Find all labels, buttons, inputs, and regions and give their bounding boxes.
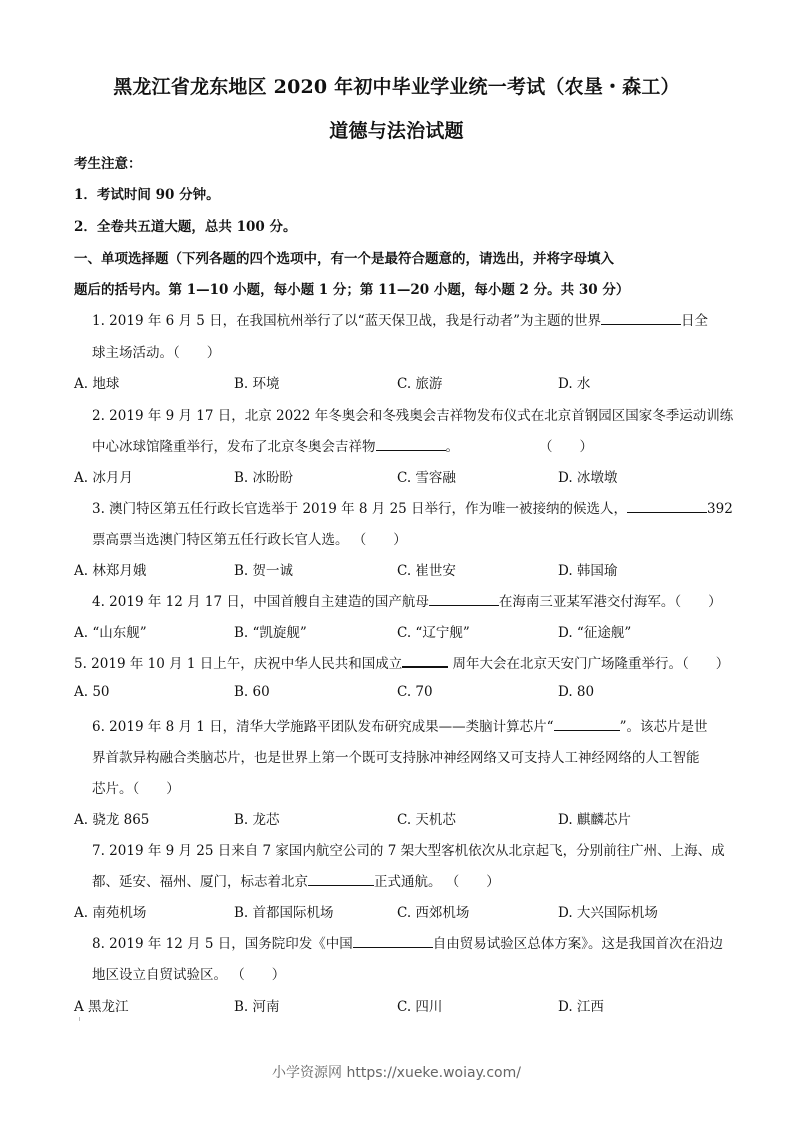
option-c: C. 四川 bbox=[397, 995, 442, 1015]
question-3-line-2: 票高票当选澳门特区第五任行政长官人选。 （ ） bbox=[92, 528, 407, 548]
option-c: C. 70 bbox=[397, 684, 433, 700]
option-b: B. 冰盼盼 bbox=[234, 466, 293, 486]
option-b: B. 60 bbox=[234, 684, 270, 700]
option-a: A 黑龙江 bbox=[74, 995, 129, 1015]
question-7-line-2: 都、延安、福州、厦门，标志着北京正式通航。 （ ） bbox=[92, 870, 500, 890]
question-4-text-a: 4. 2019 年 12 月 17 日，中国首艘自主建造的国产航母 bbox=[92, 594, 429, 610]
option-a: A. 骁龙 865 bbox=[74, 808, 149, 828]
question-6-text-a: 6. 2019 年 8 月 1 日，清华大学施路平团队发布研究成果——类脑计算芯… bbox=[92, 719, 554, 735]
question-1-line-1: 1. 2019 年 6 月 5 日，在我国杭州举行了以“蓝天保卫战，我是行动者”… bbox=[92, 309, 708, 329]
option-a: A. 50 bbox=[74, 684, 110, 700]
question-1-text-b: 日全 bbox=[681, 313, 708, 329]
answer-blank bbox=[429, 591, 499, 606]
option-b: B. 首都国际机场 bbox=[234, 901, 334, 921]
exam-title: 黑龙江省龙东地区 2020 年初中毕业学业统一考试（农垦・森工） bbox=[0, 72, 793, 99]
question-2-text-b: 。 bbox=[446, 439, 460, 455]
question-6-line-3: 芯片。（ ） bbox=[92, 777, 180, 797]
answer-blank bbox=[627, 498, 707, 513]
question-6-line-2: 界首款异构融合类脑芯片，也是世界上第一个既可支持脉冲神经网络又可支持人工神经网络… bbox=[92, 746, 700, 766]
notice-item-2: 2．全卷共五道大题，总共 100 分。 bbox=[74, 215, 296, 235]
question-3-text-b: 392 bbox=[707, 501, 733, 517]
option-c: C. 旅游 bbox=[397, 372, 442, 392]
question-6-text-b: ”。该芯片是世 bbox=[620, 719, 708, 735]
option-c: C. “辽宁舰” bbox=[397, 621, 470, 641]
question-2-line-1: 2. 2019 年 9 月 17 日，北京 2022 年冬奥会和冬残奥会吉祥物发… bbox=[92, 404, 733, 424]
option-b: B. 龙芯 bbox=[234, 808, 280, 828]
option-c: C. 西郊机场 bbox=[397, 901, 469, 921]
section-heading-line-2: 题后的括号内。第 1—10 小题，每小题 1 分；第 11—20 小题，每小题 … bbox=[74, 278, 629, 298]
answer-blank bbox=[376, 436, 446, 451]
option-a: A. 地球 bbox=[74, 372, 119, 392]
option-c: C. 天机芯 bbox=[397, 808, 456, 828]
scan-speck bbox=[79, 1017, 80, 1021]
section-heading-line-1: 一、单项选择题（下列各题的四个选项中，有一个是最符合题意的，请选出，并将字母填入 bbox=[74, 247, 614, 267]
notice-heading: 考生注意： bbox=[74, 152, 142, 172]
answer-blank bbox=[554, 716, 620, 731]
option-c: C. 崔世安 bbox=[397, 559, 456, 579]
question-1-text-a: 1. 2019 年 6 月 5 日，在我国杭州举行了以“蓝天保卫战，我是行动者”… bbox=[92, 313, 601, 329]
question-8-line-1: 8. 2019 年 12 月 5 日，国务院印发《中国自由贸易试验区总体方案》。… bbox=[92, 932, 723, 952]
answer-blank bbox=[402, 652, 448, 668]
option-d: D. 麒麟芯片 bbox=[558, 808, 631, 828]
question-5-text-b: 周年大会在北京天安门广场隆重举行。（ ） bbox=[448, 656, 729, 672]
option-c: C. 雪容融 bbox=[397, 466, 456, 486]
question-1-line-2: 球主场活动。（ ） bbox=[92, 341, 220, 361]
question-8-line-2: 地区设立自贸试验区。 （ ） bbox=[92, 963, 285, 983]
option-d: D. 江西 bbox=[558, 995, 604, 1015]
option-b: B. 环境 bbox=[234, 372, 280, 392]
question-4-line-1: 4. 2019 年 12 月 17 日，中国首艘自主建造的国产航母在海南三亚某军… bbox=[92, 590, 722, 610]
question-6-line-1: 6. 2019 年 8 月 1 日，清华大学施路平团队发布研究成果——类脑计算芯… bbox=[92, 715, 707, 735]
option-d: D. “征途舰” bbox=[558, 621, 631, 641]
exam-subtitle: 道德与法治试题 bbox=[0, 116, 793, 143]
option-d: D. 水 bbox=[558, 372, 590, 392]
question-3-line-1: 3. 澳门特区第五任行政长官选举于 2019 年 8 月 25 日举行，作为唯一… bbox=[92, 497, 733, 517]
option-a: A. 林郑月娥 bbox=[74, 559, 146, 579]
question-2-line-2: 中心冰球馆隆重举行，发布了北京冬奥会吉祥物。（ ） bbox=[92, 435, 593, 455]
question-7-text-a: 都、延安、福州、厦门，标志着北京 bbox=[92, 874, 308, 890]
answer-blank bbox=[353, 933, 433, 948]
option-d: D. 80 bbox=[558, 684, 594, 700]
question-7-text-b: 正式通航。 （ ） bbox=[374, 874, 500, 890]
question-5-line-1: 5. 2019 年 10 月 1 日上午，庆祝中华人民共和国成立 周年大会在北京… bbox=[74, 652, 729, 672]
question-2-text-a: 中心冰球馆隆重举行，发布了北京冬奥会吉祥物 bbox=[92, 439, 376, 455]
option-b: B. 贺一诚 bbox=[234, 559, 293, 579]
exam-page: 黑龙江省龙东地区 2020 年初中毕业学业统一考试（农垦・森工） 道德与法治试题… bbox=[0, 0, 793, 1122]
option-b: B. 河南 bbox=[234, 995, 280, 1015]
footer-watermark: 小学资源网 https://xueke.woiay.com/ bbox=[0, 1062, 793, 1082]
question-8-text-b: 自由贸易试验区总体方案》。这是我国首次在沿边 bbox=[433, 936, 723, 952]
answer-blank bbox=[601, 310, 681, 325]
question-8-text-a: 8. 2019 年 12 月 5 日，国务院印发《中国 bbox=[92, 936, 353, 952]
option-d: D. 冰墩墩 bbox=[558, 466, 617, 486]
option-b: B. “凯旋舰” bbox=[234, 621, 307, 641]
option-d: D. 韩国瑜 bbox=[558, 559, 617, 579]
option-d: D. 大兴国际机场 bbox=[558, 901, 658, 921]
answer-blank bbox=[308, 871, 374, 886]
question-5-text-a: 5. 2019 年 10 月 1 日上午，庆祝中华人民共和国成立 bbox=[74, 656, 402, 672]
question-7-line-1: 7. 2019 年 9 月 25 日来自 7 家国内航空公司的 7 架大型客机依… bbox=[92, 839, 725, 859]
answer-paren: （ ） bbox=[539, 439, 593, 455]
option-a: A. 南苑机场 bbox=[74, 901, 146, 921]
question-4-text-b: 在海南三亚某军港交付海军。（ ） bbox=[499, 594, 722, 610]
option-a: A. 冰月月 bbox=[74, 466, 133, 486]
option-a: A. “山东舰” bbox=[74, 621, 147, 641]
notice-item-1: 1．考试时间 90 分钟。 bbox=[74, 183, 220, 203]
question-3-text-a: 3. 澳门特区第五任行政长官选举于 2019 年 8 月 25 日举行，作为唯一… bbox=[92, 501, 627, 517]
